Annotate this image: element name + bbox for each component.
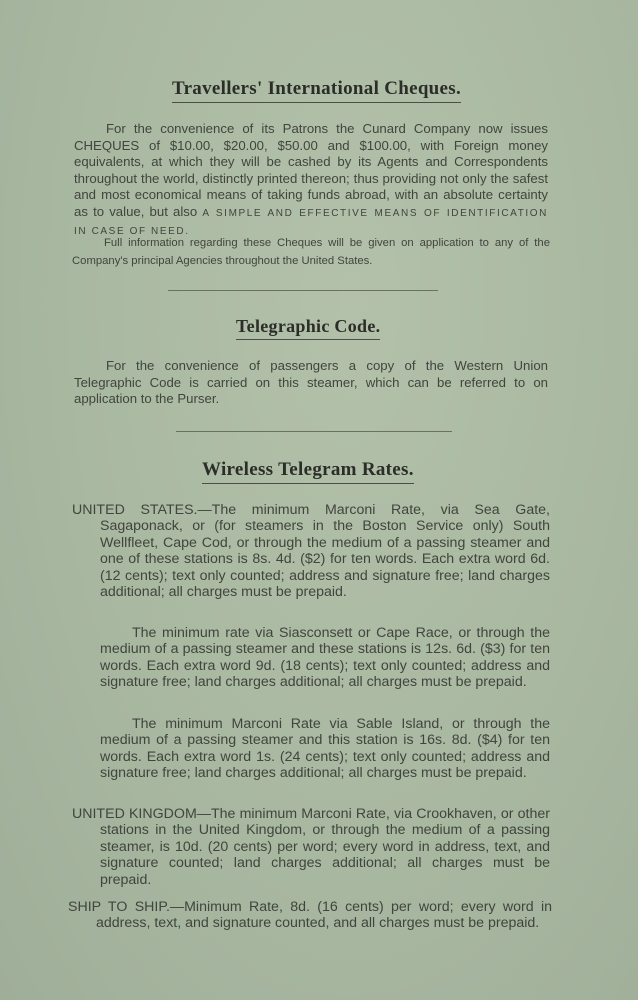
cheques-info-paragraph: Full information regarding these Cheques… [72, 234, 550, 270]
heading-wireless-rates: Wireless Telegram Rates. [202, 459, 414, 484]
section-divider [168, 290, 438, 291]
document-page: Travellers' International Cheques. For t… [0, 0, 638, 1000]
section-divider [176, 431, 452, 432]
sable-island-text: The minimum Marconi Rate via Sable Islan… [100, 716, 550, 782]
sable-island-rates: The minimum Marconi Rate via Sable Islan… [100, 716, 550, 782]
heading-travellers-cheques: Travellers' International Cheques. [172, 78, 461, 103]
cheques-info-text: Full information regarding these Cheques… [72, 234, 550, 270]
cheques-paragraph: For the convenience of its Patrons the C… [74, 121, 548, 241]
heading-telegraphic-code: Telegraphic Code. [236, 316, 380, 340]
united-states-rates: UNITED STATES.—The minimum Marconi Rate,… [72, 502, 550, 600]
united-kingdom-label: UNITED KINGDOM [72, 806, 197, 822]
telegraphic-paragraph: For the convenience of passengers a copy… [74, 358, 548, 408]
united-states-label: UNITED STATES. [72, 502, 197, 518]
ship-to-ship-label: SHIP TO SHIP. [68, 899, 170, 915]
siasconsett-rates: The minimum rate via Siasconsett or Cape… [100, 625, 550, 691]
cheques-text: For the convenience of its Patrons the C… [74, 121, 548, 219]
siasconsett-text: The minimum rate via Siasconsett or Cape… [100, 625, 550, 691]
united-kingdom-rates: UNITED KINGDOM—The minimum Marconi Rate,… [72, 806, 550, 888]
telegraphic-text: For the convenience of passengers a copy… [74, 358, 548, 408]
ship-to-ship-rates: SHIP TO SHIP.—Minimum Rate, 8d. (16 cent… [68, 899, 552, 932]
